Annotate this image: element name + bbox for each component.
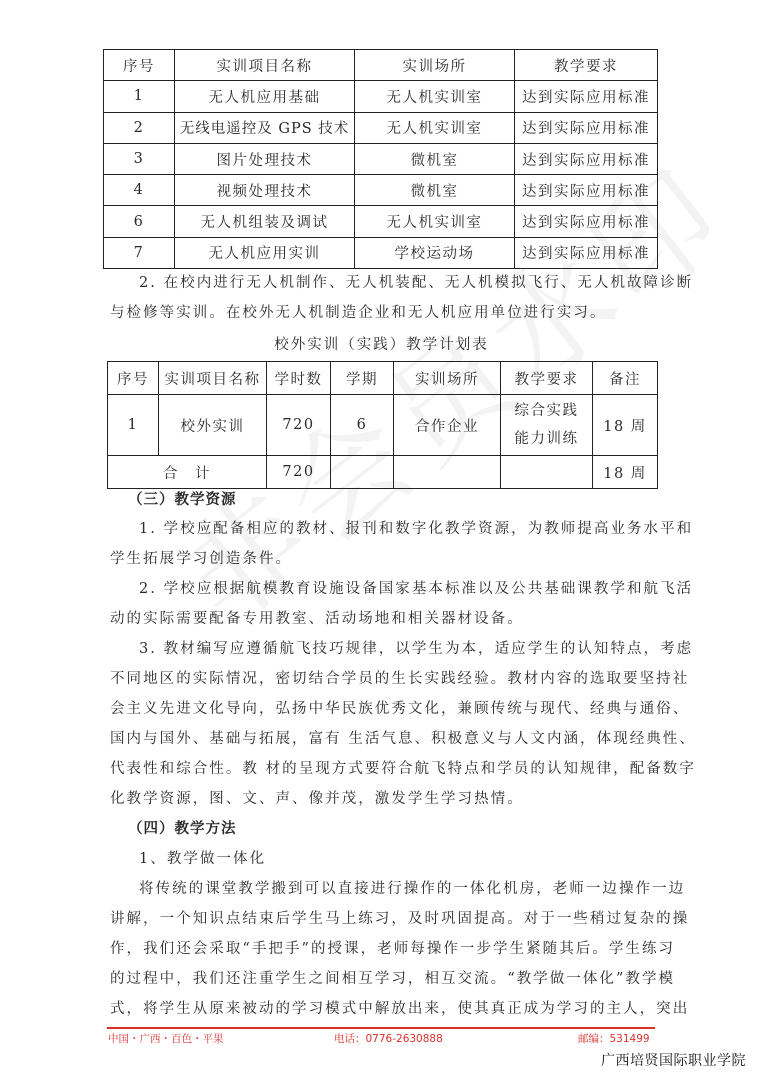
paragraph-line: 讲解，一个知识点结束后学生马上练习，及时巩固提高。对于一些稍过复杂的操 [110, 909, 655, 929]
section-heading: （四）教学方法 [128, 819, 673, 839]
cell-total-label: 合 计 [108, 456, 267, 489]
table-row: 7 无人机应用实训 学校运动场 达到实际应用标准 [104, 237, 658, 268]
table-row: 4 视频处理技术 微机室 达到实际应用标准 [104, 175, 658, 206]
cell-total-note: 18 周 [593, 456, 658, 489]
paragraph-line: 式，将学生从原来被动的学习模式中解放出来，使其真正成为学习的主人，突出 [110, 999, 655, 1019]
cell-requirement: 达到实际应用标准 [515, 112, 658, 143]
cell-no: 3 [104, 143, 175, 174]
cell-requirement: 达到实际应用标准 [515, 237, 658, 268]
paragraph-line: 1. 学校应配备相应的教材、报刊和数字化教学资源，为教师提高业务水平和 [139, 519, 684, 539]
paragraph-line: 3. 教材编写应遵循航飞技巧规律，以学生为本，适应学生的认知特点，考虑 [139, 639, 684, 659]
header-requirement: 教学要求 [515, 50, 658, 81]
cell-location: 无人机实训室 [355, 206, 515, 237]
off-campus-plan-table: 序号 实训项目名称 学时数 学期 实训场所 教学要求 备注 1 校外实训 720… [107, 361, 658, 489]
cell-no: 7 [104, 237, 175, 268]
document-page: 非会员水印 序号 实训项目名称 实训场所 教学要求 1 无人机应用基础 无人机实… [0, 0, 763, 1080]
paragraph-line: 与检修等实训。在校外无人机制造企业和无人机应用单位进行实习。 [110, 303, 655, 323]
header-no: 序号 [104, 50, 175, 81]
cell-location: 无人机实训室 [355, 112, 515, 143]
cell-requirement: 综合实践 能力训练 [501, 395, 593, 456]
header-term: 学期 [331, 362, 394, 395]
paragraph-line: 不同地区的实际情况，密切结合学员的生长实践经验。教材内容的选取要坚持社 [110, 669, 655, 689]
header-requirement: 教学要求 [501, 362, 593, 395]
paragraph-line: 2. 学校应根据航模教育设施设备国家基本标准以及公共基础课教学和航飞活 [139, 579, 684, 599]
cell-item-name: 视频处理技术 [175, 175, 355, 206]
requirement-line: 能力训练 [501, 425, 592, 453]
cell-location: 无人机实训室 [355, 81, 515, 112]
paragraph-line: 动的实际需要配备专用教室、活动场地和相关器材设备。 [110, 609, 655, 629]
table-caption: 校外实训（实践）教学计划表 [0, 333, 763, 354]
cell-item-name: 图片处理技术 [175, 143, 355, 174]
table-header-row: 序号 实训项目名称 学时数 学期 实训场所 教学要求 备注 [108, 362, 658, 395]
school-name: 广西培贤国际职业学院 [601, 1050, 746, 1070]
paragraph-line: 化教学资源，图、文、声、像并茂，激发学生学习热情。 [110, 789, 655, 809]
paragraph-line: 会主义先进文化导向，弘扬中华民族优秀文化，兼顾传统与现代、经典与通俗、 [110, 699, 655, 719]
paragraph-line: 2. 在校内进行无人机制作、无人机装配、无人机模拟飞行、无人机故障诊断 [139, 273, 684, 293]
cell-requirement: 达到实际应用标准 [515, 175, 658, 206]
cell-item-name: 校外实训 [159, 395, 267, 456]
subheading: 1、教学做一体化 [139, 849, 684, 869]
table-row: 1 无人机应用基础 无人机实训室 达到实际应用标准 [104, 81, 658, 112]
cell-item-name: 无人机应用实训 [175, 237, 355, 268]
cell-no: 4 [104, 175, 175, 206]
cell-item-name: 无人机组装及调试 [175, 206, 355, 237]
paragraph-line: 的过程中，我们还注重学生之间相互学习，相互交流。“教学做一体化”教学模 [110, 969, 655, 989]
cell-item-name: 无人机应用基础 [175, 81, 355, 112]
header-location: 实训场所 [355, 50, 515, 81]
cell-no: 6 [104, 206, 175, 237]
table-header-row: 序号 实训项目名称 实训场所 教学要求 [104, 50, 658, 81]
header-item-name: 实训项目名称 [159, 362, 267, 395]
cell-location: 微机室 [355, 143, 515, 174]
table-row: 1 校外实训 720 6 合作企业 综合实践 能力训练 18 周 [108, 395, 658, 456]
cell-requirement: 达到实际应用标准 [515, 143, 658, 174]
cell-requirement: 达到实际应用标准 [515, 81, 658, 112]
cell-requirement: 达到实际应用标准 [515, 206, 658, 237]
cell-no: 1 [104, 81, 175, 112]
footer-divider [107, 1027, 655, 1029]
cell-total-hours: 720 [267, 456, 331, 489]
header-item-name: 实训项目名称 [175, 50, 355, 81]
section-heading: （三）教学资源 [128, 490, 673, 510]
paragraph-line: 学生拓展学习创造条件。 [110, 549, 655, 569]
cell-term: 6 [331, 395, 394, 456]
cell-total-requirement [501, 456, 593, 489]
cell-total-term [331, 456, 394, 489]
cell-no: 1 [108, 395, 159, 456]
cell-location: 微机室 [355, 175, 515, 206]
cell-location: 学校运动场 [355, 237, 515, 268]
cell-total-location [394, 456, 501, 489]
header-note: 备注 [593, 362, 658, 395]
paragraph-line: 代表性和综合性。教 材的呈现方式要符合航飞特点和学员的认知规律，配备数字 [110, 759, 655, 779]
training-items-table: 序号 实训项目名称 实训场所 教学要求 1 无人机应用基础 无人机实训室 达到实… [103, 49, 658, 269]
cell-hours: 720 [267, 395, 331, 456]
paragraph-line: 作，我们还会采取“手把手”的授课，老师每操作一步学生紧随其后。学生练习 [110, 939, 655, 959]
table-row: 3 图片处理技术 微机室 达到实际应用标准 [104, 143, 658, 174]
paragraph-line: 国内与国外、基础与拓展，富有 生活气息、积极意义与人文内涵，体现经典性、 [110, 729, 655, 749]
table-total-row: 合 计 720 18 周 [108, 456, 658, 489]
table-row: 2 无线电遥控及 GPS 技术 无人机实训室 达到实际应用标准 [104, 112, 658, 143]
header-no: 序号 [108, 362, 159, 395]
footer-phone: 电话：0776-2630888 [334, 1031, 443, 1046]
paragraph-line: 将传统的课堂教学搬到可以直接进行操作的一体化机房，老师一边操作一边 [139, 879, 684, 899]
cell-location: 合作企业 [394, 395, 501, 456]
cell-no: 2 [104, 112, 175, 143]
footer-address: 中国・广西・百色・平果 [108, 1031, 224, 1046]
table-row: 6 无人机组装及调试 无人机实训室 达到实际应用标准 [104, 206, 658, 237]
cell-item-name: 无线电遥控及 GPS 技术 [175, 112, 355, 143]
header-hours: 学时数 [267, 362, 331, 395]
header-location: 实训场所 [394, 362, 501, 395]
cell-note: 18 周 [593, 395, 658, 456]
footer-postcode: 邮编：531499 [578, 1031, 650, 1046]
requirement-line: 综合实践 [501, 397, 592, 425]
